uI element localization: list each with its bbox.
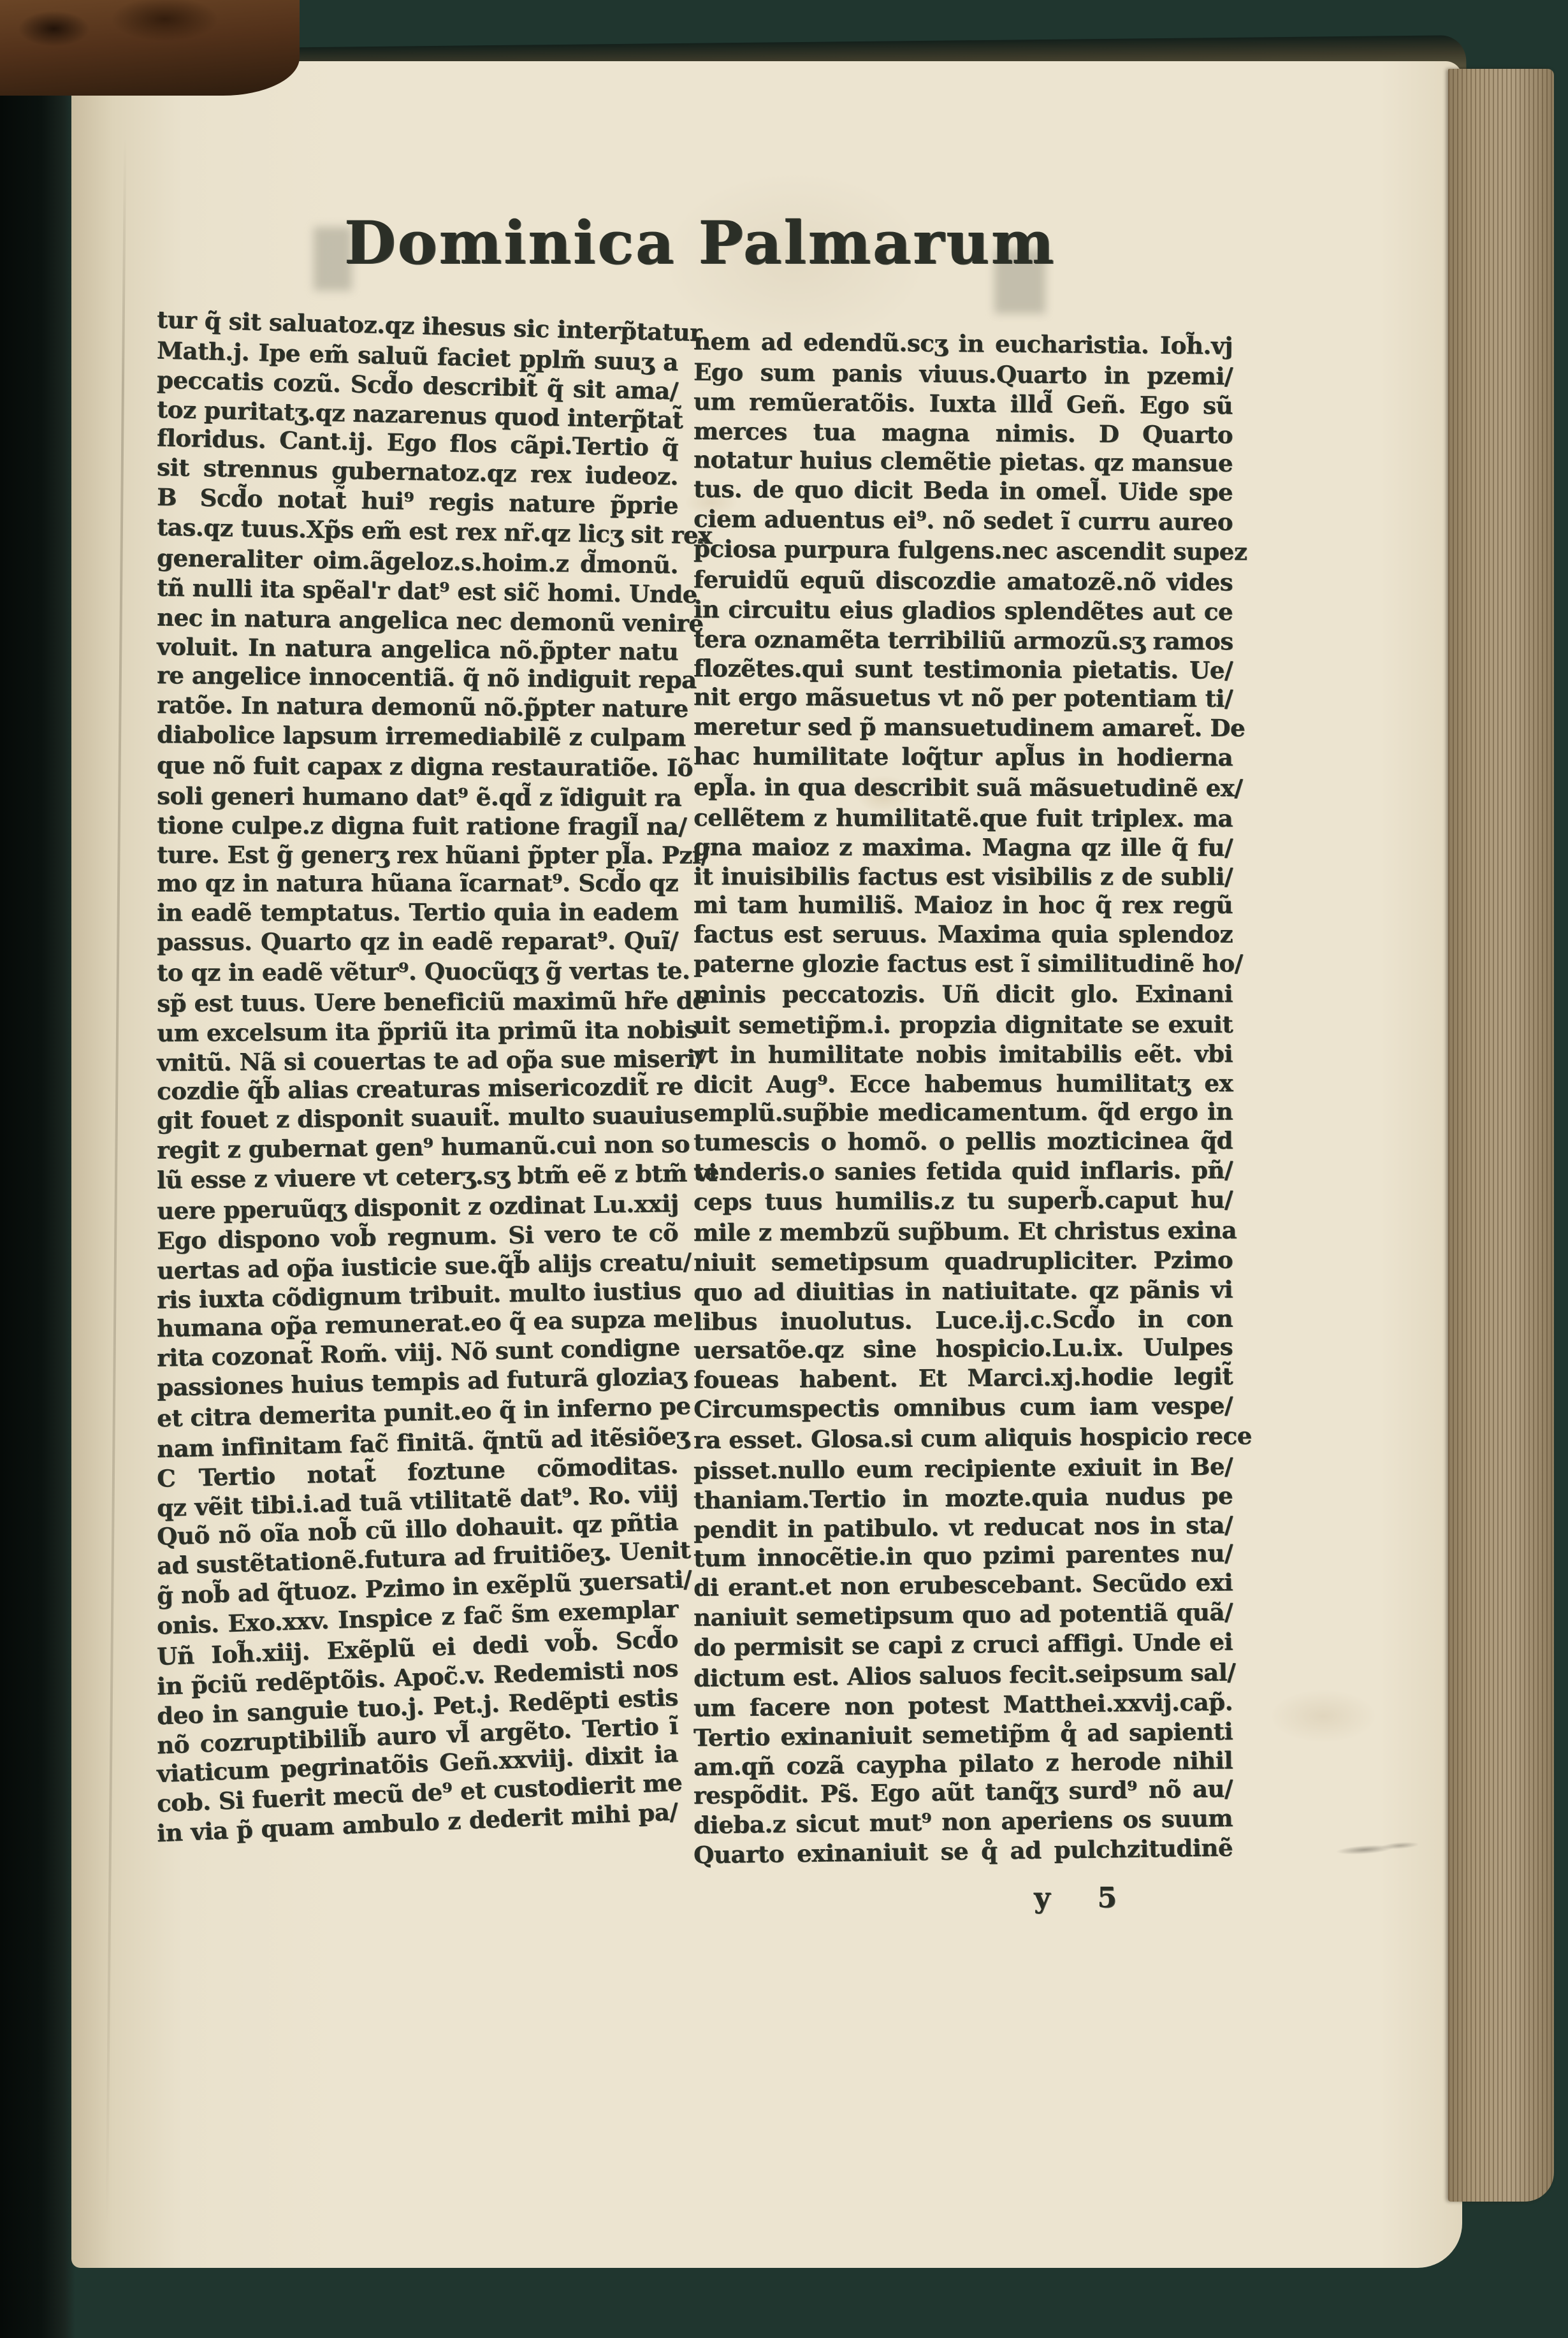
text-line: do permisit se capi z cruci affigi. Unde… [693,1627,1233,1662]
text-line: que nõ fuit capax z digna restauratiõe… [157,750,678,783]
leather-cover-corner [0,0,300,96]
text-column-right: nem ad edendũ.scʒ in eucharistia. Ioh̃.… [693,326,1233,1871]
text-line: emplũ.sup̃bie medicamentum. q̃d ergo in [693,1097,1233,1128]
text-line: uit semetip̃m.i. propzia dignitate se ex… [693,1009,1233,1040]
scanned-book-photo: Dominica Palmarum tur q̃ sit saluatoz.qz… [0,0,1568,2338]
text-line: Ego sum panis viuus.Quarto in pzemi/ [693,357,1233,391]
text-line: mo qz in natura hũana ĩcarnat⁹. Scd̃o … [157,868,678,898]
text-line: ra esset. Glosa.si cum aliquis hospicio … [693,1421,1233,1455]
text-line: libus inuolutus. Luce.ij.c.Scd̃o in con [693,1303,1233,1337]
text-line: epl̃a. in qua describit suã mãsuetudin… [693,772,1233,802]
quire-signature-mark: y 5 [1034,1882,1117,1914]
text-line: foueas habent. Et Marci.xj.hodie legit̃ [693,1361,1233,1394]
binding-shadow-strip [0,0,75,2338]
text-line: it inuisibilis factus est visibilis z de… [693,861,1233,891]
text-line: tione culpe.z digna fuit ratione fragil̃… [157,811,678,841]
text-line: to qz in eadẽ vẽtur⁹. Quocũqʒ g̃ vert… [157,955,678,987]
text-line: nit ergo mãsuetus vt nõ per potentiam … [693,682,1233,713]
text-line: cellẽtem z humilitatẽ.que fuit triplex… [693,802,1233,833]
text-line: re angelice innocentiã. q̃ nõ indiguit… [157,660,678,695]
text-line: di erant.et non erubescebant. Secũdo ex… [693,1567,1233,1602]
text-line: minis peccatozis. Uñ dicit glo. Exinani [693,979,1233,1009]
text-line: gna maioz z maxima. Magna qz ille q̃ fu/ [693,832,1233,863]
text-line: feruidũ equũ discozdie amatozẽ.nõ vi… [693,565,1233,597]
text-line: diabolice lapsum irremediabilẽ z culpam [157,720,678,753]
text-line: paterne glozie factus est ĩ similitudin… [693,949,1233,979]
text-line: tumescis o homõ. o pellis mozticinea q̃… [693,1126,1233,1157]
text-line: Quarto exinaniuit se q̊ ad pulchzitudine… [693,1833,1233,1870]
text-line: passus. Quarto qz in eadẽ reparat⁹. Qui… [157,926,678,957]
fore-edge-page-stack [1448,69,1554,2202]
text-line: mile z membzũ sup̃bum. Et christus exin… [693,1216,1233,1247]
text-line: um excelsum ita p̃priũ ita primũ ita n… [157,1015,678,1048]
text-line: Circumspectis omnibus cum iam vespe/ [693,1391,1233,1425]
text-line: soli generi humano dat⁹ ẽ.qd̃ z ĩdigui… [157,781,678,813]
text-column-left: tur q̃ sit saluatoz.qz ihesus sic interp… [157,305,678,1849]
text-line: ciem aduentus ei⁹. nõ sedet ĩ curru au… [693,504,1233,537]
text-line: tera oznamẽta terribiliũ armozũ.sʒ ra… [693,624,1233,656]
text-line: vt in humilitate nobis imitabilis eẽt. … [693,1039,1233,1070]
text-line: tenderis.o sanies fetida quid inflaris. … [693,1155,1233,1187]
text-line: p̃ciosa purpura fulgens.nec ascendit sup… [693,534,1233,567]
text-line: meretur sed p̃ mansuetudinem amaret̃. De [693,711,1233,743]
text-line: niuit semetipsum quadrupliciter. Pzimo [693,1245,1233,1278]
text-line: ratõe. In natura demonũ nõ.p̃pter nat… [157,690,678,723]
text-line: quo ad diuitias in natiuitate. qz pãnis… [693,1275,1233,1307]
text-line: ceps tuus humilis.z tu superb̃.caput hu/ [693,1185,1233,1217]
text-line: factus est seruus. Maxima quia splendoz [693,919,1233,949]
page-title: Dominica Palmarum [344,208,1001,277]
text-line: nem ad edendũ.scʒ in eucharistia. Ioh̃.… [693,326,1233,361]
text-line: naniuit semetipsum quo ad potentiã quã… [693,1597,1233,1632]
text-line: uersatõe.qz sine hospicio.Lu.ix. Uulpes [693,1332,1233,1365]
text-line: sp̃ est tuus. Uere beneficiũ maximũ hr… [157,985,678,1018]
text-line: pisset.nullo eum recipiente exiuit in Be… [693,1451,1233,1486]
text-line: ture. Est g̃ generʒ rex hũani p̃pter pl… [157,839,678,869]
text-line: um remũeratõis. Iuxta illd̃ Geñ. Ego … [693,387,1233,421]
text-line: tus. de quo dicit Beda in omel̃. Uide sp… [693,474,1233,507]
text-line: mi tam humilis̃. Maioz in hoc q̃ rex reg… [693,890,1233,920]
text-line: in eadẽ temptatus. Tertio quia in eadem [157,897,678,927]
text-line: in circuitu eius gladios splendẽtes aut… [693,595,1233,627]
text-line: dicit Aug⁹. Ecce habemus humilitatʒ ex [693,1068,1233,1100]
text-line: hac humilitate loq̃tur apl̃us in hodiern… [693,741,1233,773]
text-line: notatur huius clemẽtie pietas. qz mansu… [693,445,1233,478]
gutter-crease [106,138,127,2228]
text-line: flozẽtes.qui sunt testimonia pietatis. … [693,653,1233,685]
